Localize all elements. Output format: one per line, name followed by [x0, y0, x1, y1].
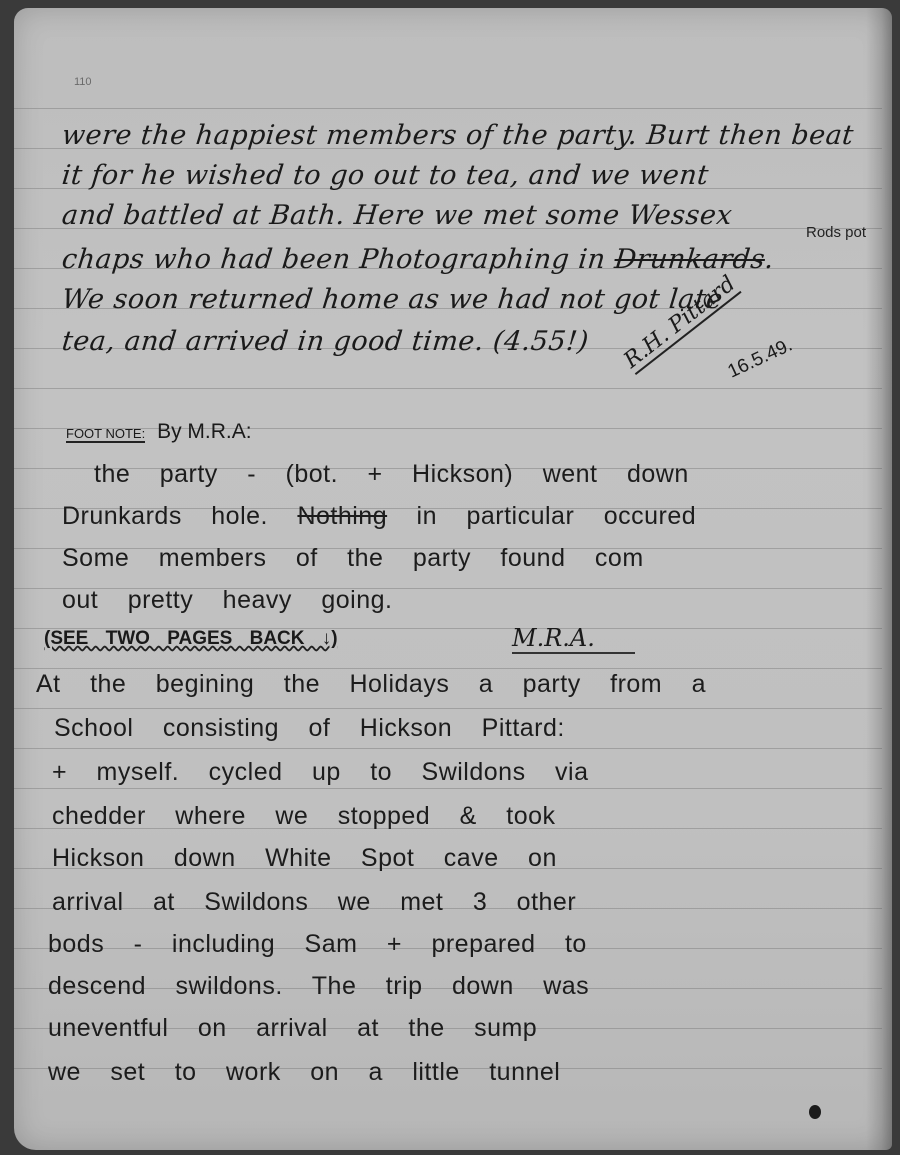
entry-2-line-3: + myself. cycled up to Swildons via — [52, 758, 588, 787]
footnote-author: By M.R.A: — [157, 420, 252, 443]
ink-blot — [809, 1105, 821, 1119]
ruled-line — [14, 748, 882, 749]
struck-word: Nothing — [297, 502, 387, 530]
scanned-page-background: 110 were the happiest members of the par… — [0, 0, 900, 1155]
entry-2-line-6: arrival at Swildons we met 3 other — [52, 888, 576, 917]
notebook-page: 110 were the happiest members of the par… — [14, 8, 892, 1150]
entry-2-line-8: descend swildons. The trip down was — [48, 972, 589, 1001]
entry-2-line-10: we set to work on a little tunnel — [48, 1058, 560, 1087]
entry-1-line-3: and battled at Bath. Here we met some We… — [60, 200, 733, 231]
entry-2-line-2: School consisting of Hickson Pittard: — [54, 714, 565, 743]
ruled-line — [14, 108, 882, 109]
footnote-line-4: out pretty heavy going. — [62, 586, 392, 615]
page-number: 110 — [74, 76, 92, 88]
footnote-initials: M.R.A. — [512, 624, 635, 654]
entry-2-line-5: Hickson down White Spot cave on — [52, 844, 557, 873]
ruled-line — [14, 388, 882, 389]
struck-word: Drunkards — [613, 244, 767, 275]
entry-2-line-1: At the begining the Holidays a party fro… — [36, 670, 706, 699]
insertion-rods-pot: Rods pot — [806, 224, 866, 241]
footnote-line-2: Drunkards hole. Nothing in particular oc… — [62, 502, 696, 531]
ruled-line — [14, 708, 882, 709]
see-two-pages-back-note: (SEE TWO PAGES BACK ↓) — [44, 628, 338, 650]
entry-1-line-1: were the happiest members of the party. … — [60, 120, 855, 151]
footnote-line-1: the party - (bot. + Hickson) went down — [94, 460, 689, 489]
entry-1-line-2: it for he wished to go out to tea, and w… — [60, 160, 710, 191]
footnote-line-2-text: Drunkards hole. Nothing in particular oc… — [62, 502, 696, 530]
footnote-label: Foot Note: — [66, 426, 145, 443]
footnote-line-3: Some members of the party found com — [62, 544, 644, 573]
entry-1-line-4-text: chaps who had been Photographing in Drun… — [60, 244, 775, 275]
entry-1-line-4: chaps who had been Photographing in Drun… — [60, 244, 775, 275]
footnote-heading: Foot Note: By M.R.A: — [66, 420, 252, 444]
entry-2-line-9: uneventful on arrival at the sump — [48, 1014, 537, 1043]
entry-1-line-5: We soon returned home as we had not got … — [60, 284, 724, 315]
ruled-line — [14, 788, 882, 789]
entry-1-line-6: tea, and arrived in good time. (4.55!) — [60, 326, 590, 357]
ruled-line — [14, 668, 882, 669]
entry-2-line-4: chedder where we stopped & took — [52, 802, 556, 831]
entry-2-line-7: bods - including Sam + prepared to — [48, 930, 587, 959]
signature-date: 16.5.49. — [725, 335, 797, 384]
